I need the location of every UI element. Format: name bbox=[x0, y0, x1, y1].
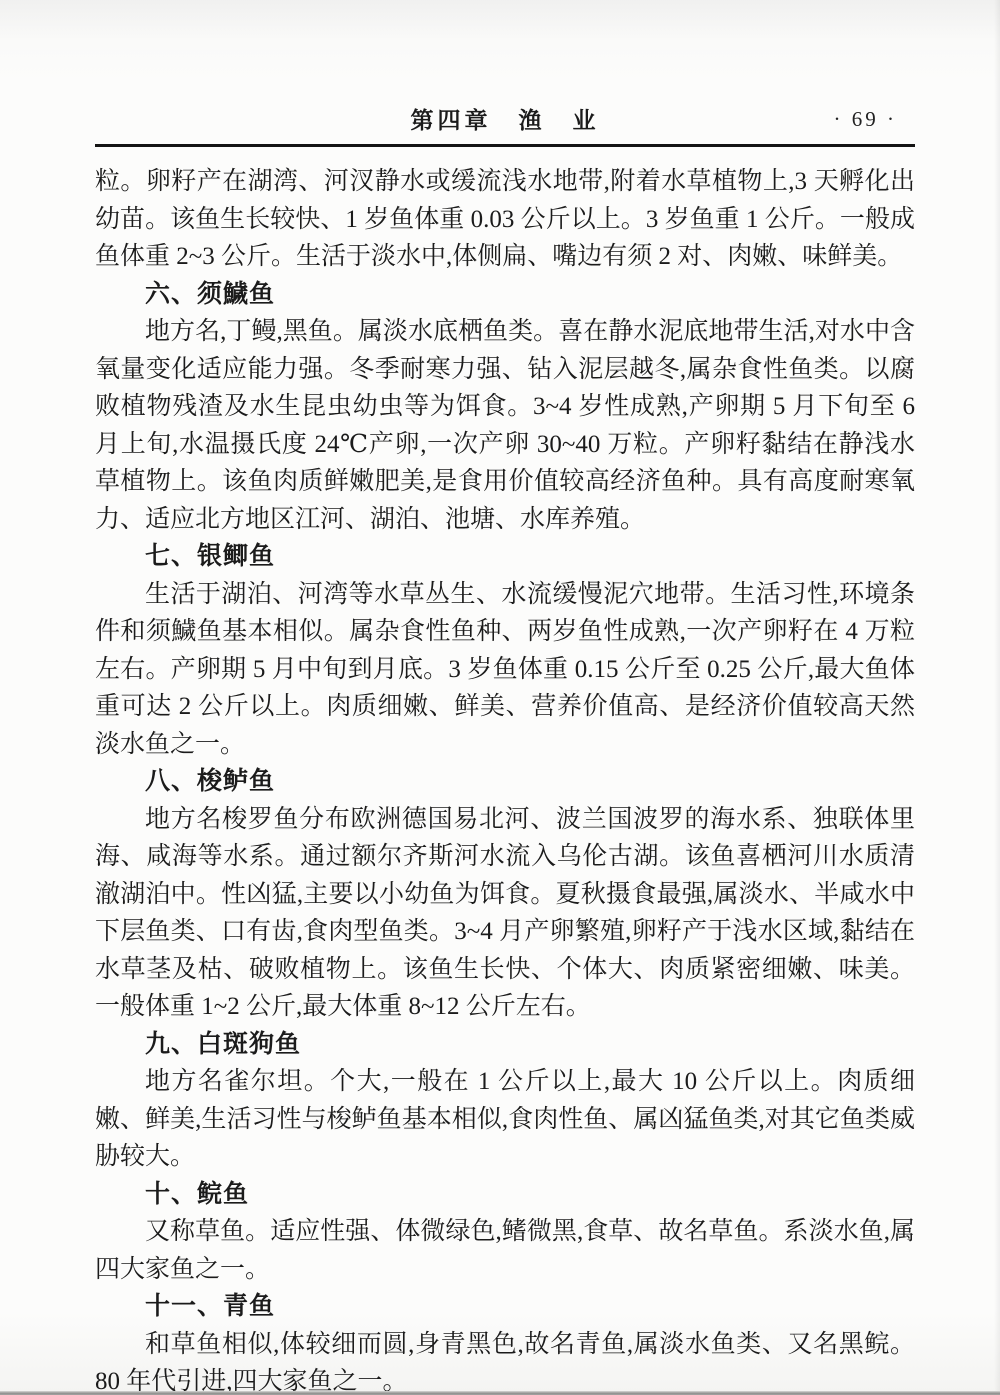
section-paragraph: 和草鱼相似,体较细而圆,身青黑色,故名青鱼,属淡水鱼类、又名黑鲩。80 年代引进… bbox=[95, 1326, 915, 1395]
section-heading: 九、白斑狗鱼 bbox=[95, 1026, 915, 1064]
section-paragraph: 又称草鱼。适应性强、体微绿色,鳍微黑,食草、故名草鱼。系淡水鱼,属四大家鱼之一。 bbox=[95, 1213, 915, 1288]
fish-section: 九、白斑狗鱼地方名雀尔坦。个大,一般在 1 公斤以上,最大 10 公斤以上。肉质… bbox=[95, 1026, 915, 1176]
fish-section: 十一、青鱼和草鱼相似,体较细而圆,身青黑色,故名青鱼,属淡水鱼类、又名黑鲩。80… bbox=[95, 1288, 915, 1395]
section-heading: 六、须鱥鱼 bbox=[95, 276, 915, 314]
section-heading: 十一、青鱼 bbox=[95, 1288, 915, 1326]
page-number: · 69 · bbox=[834, 107, 898, 132]
fish-section: 七、银鲫鱼生活于湖泊、河湾等水草丛生、水流缓慢泥穴地带。生活习性,环境条件和须鱥… bbox=[95, 538, 915, 763]
page-body: 粒。卵籽产在湖湾、河汊静水或缓流浅水地带,附着水草植物上,3 天孵化出幼苗。该鱼… bbox=[95, 147, 915, 1395]
scan-edge-bottom bbox=[0, 1391, 1000, 1395]
fish-sections: 六、须鱥鱼地方名,丁鳗,黑鱼。属淡水底栖鱼类。喜在静水泥底地带生活,对水中含氧量… bbox=[95, 276, 915, 1395]
section-paragraph: 地方名梭罗鱼分布欧洲德国易北河、波兰国波罗的海水系、独联体里海、咸海等水系。通过… bbox=[95, 801, 915, 1026]
continuation-paragraph: 粒。卵籽产在湖湾、河汊静水或缓流浅水地带,附着水草植物上,3 天孵化出幼苗。该鱼… bbox=[95, 163, 915, 276]
fish-section: 十、鲩鱼又称草鱼。适应性强、体微绿色,鳍微黑,食草、故名草鱼。系淡水鱼,属四大家… bbox=[95, 1176, 915, 1289]
section-paragraph: 地方名雀尔坦。个大,一般在 1 公斤以上,最大 10 公斤以上。肉质细嫩、鲜美,… bbox=[95, 1063, 915, 1176]
fish-section: 六、须鱥鱼地方名,丁鳗,黑鱼。属淡水底栖鱼类。喜在静水泥底地带生活,对水中含氧量… bbox=[95, 276, 915, 539]
section-paragraph: 地方名,丁鳗,黑鱼。属淡水底栖鱼类。喜在静水泥底地带生活,对水中含氧量变化适应能… bbox=[95, 313, 915, 538]
section-heading: 八、梭鲈鱼 bbox=[95, 763, 915, 801]
page-header: 第四章 渔 业 · 69 · bbox=[95, 104, 915, 147]
section-heading: 十、鲩鱼 bbox=[95, 1176, 915, 1214]
section-paragraph: 生活于湖泊、河湾等水草丛生、水流缓慢泥穴地带。生活习性,环境条件和须鱥鱼基本相似… bbox=[95, 576, 915, 764]
chapter-title: 第四章 渔 业 bbox=[95, 104, 915, 136]
scan-artifact-top bbox=[0, 0, 1000, 40]
book-page: 第四章 渔 业 · 69 · 粒。卵籽产在湖湾、河汊静水或缓流浅水地带,附着水草… bbox=[95, 0, 915, 1395]
scan-artifact-right bbox=[994, 0, 1000, 1395]
fish-section: 八、梭鲈鱼地方名梭罗鱼分布欧洲德国易北河、波兰国波罗的海水系、独联体里海、咸海等… bbox=[95, 763, 915, 1026]
section-heading: 七、银鲫鱼 bbox=[95, 538, 915, 576]
